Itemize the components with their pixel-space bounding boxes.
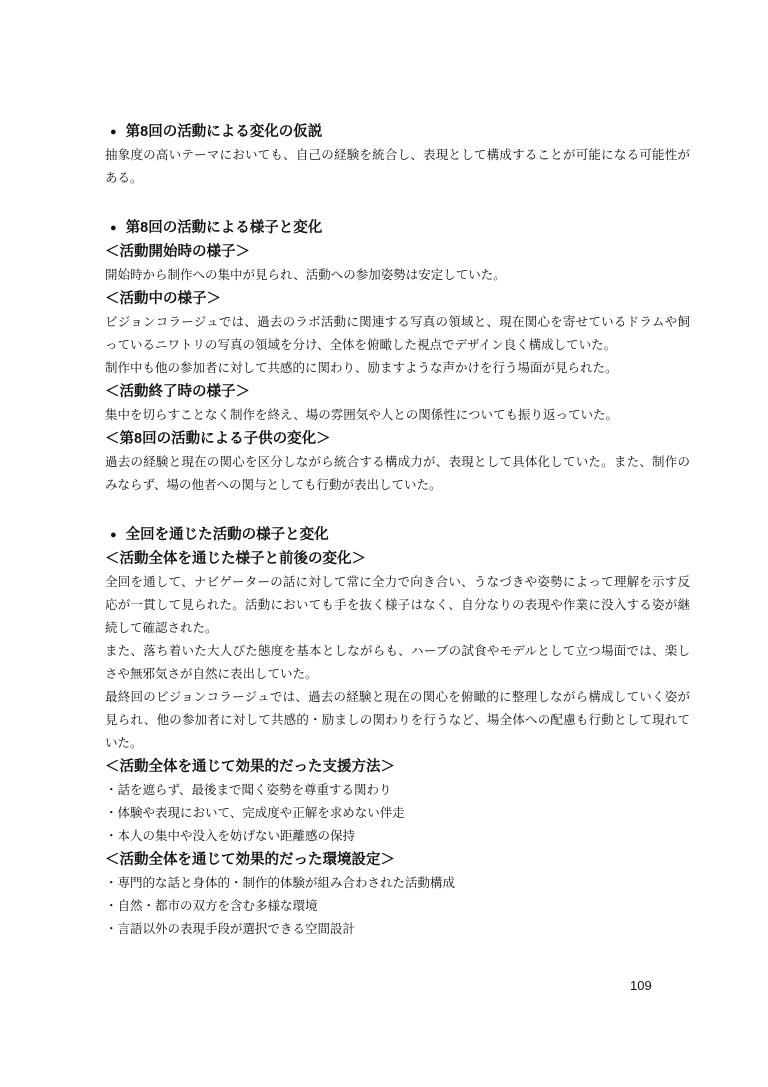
page-number: 109 [630, 977, 652, 995]
section-heading-text: 第8回の活動による変化の仮説 [126, 124, 323, 140]
list-item: ・話を遮らず、最後まで聞く姿勢を尊重する関わり [105, 779, 690, 802]
subsection-heading: ＜第8回の活動による子供の変化＞ [105, 427, 690, 451]
paragraph: 過去の経験と現在の関心を区分しながら統合する構成力が、表現として具体化していた。… [105, 451, 690, 497]
subsection-heading: ＜活動全体を通じた様子と前後の変化＞ [105, 547, 690, 571]
paragraph: 集中を切らすことなく制作を終え、場の雰囲気や人との関係性についても振り返っていた… [105, 404, 690, 427]
list-item: ・自然・都市の双方を含む多様な環境 [105, 895, 690, 918]
section-session8-hypothesis: ●第8回の活動による変化の仮説 抽象度の高いテーマにおいても、自己の経験を統合し… [105, 120, 690, 190]
bullet-icon: ● [110, 523, 117, 547]
document-page: ●第8回の活動による変化の仮説 抽象度の高いテーマにおいても、自己の経験を統合し… [0, 0, 768, 1087]
subsection-heading: ＜活動中の様子＞ [105, 287, 690, 311]
paragraph: 制作中も他の参加者に対して共感的に関わり、励ますような声かけを行う場面が見られた… [105, 357, 690, 380]
section-session8-observations: ●第8回の活動による様子と変化 ＜活動開始時の様子＞ 開始時から制作への集中が見… [105, 216, 690, 497]
paragraph: 最終回のビジョンコラージュでは、過去の経験と現在の関心を俯瞰的に整理しながら構成… [105, 686, 690, 755]
section-heading: ●第8回の活動による変化の仮説 [105, 120, 690, 144]
section-overall-observations: ●全回を通じた活動の様子と変化 ＜活動全体を通じた様子と前後の変化＞ 全回を通し… [105, 523, 690, 941]
page-content: ●第8回の活動による変化の仮説 抽象度の高いテーマにおいても、自己の経験を統合し… [105, 120, 690, 941]
section-heading-text: 全回を通じた活動の様子と変化 [126, 527, 329, 543]
section-heading-text: 第8回の活動による様子と変化 [126, 220, 323, 236]
subsection-heading: ＜活動開始時の様子＞ [105, 240, 690, 264]
paragraph: 全回を通して、ナビゲーターの話に対して常に全力で向き合い、うなづきや姿勢によって… [105, 571, 690, 640]
section-heading: ●第8回の活動による様子と変化 [105, 216, 690, 240]
paragraph: また、落ち着いた大人びた態度を基本としながらも、ハーブの試食やモデルとして立つ場… [105, 640, 690, 686]
list-item: ・本人の集中や没入を妨げない距離感の保持 [105, 825, 690, 848]
paragraph: ビジョンコラージュでは、過去のラボ活動に関連する写真の領域と、現在関心を寄せてい… [105, 311, 690, 357]
list-item: ・体験や表現において、完成度や正解を求めない伴走 [105, 802, 690, 825]
list-item: ・専門的な話と身体的・制作的体験が組み合わされた活動構成 [105, 872, 690, 895]
bullet-icon: ● [110, 216, 117, 240]
subsection-heading: ＜活動終了時の様子＞ [105, 380, 690, 404]
bullet-icon: ● [110, 120, 117, 144]
paragraph: 開始時から制作への集中が見られ、活動への参加姿勢は安定していた。 [105, 264, 690, 287]
list-item: ・言語以外の表現手段が選択できる空間設計 [105, 918, 690, 941]
section-heading: ●全回を通じた活動の様子と変化 [105, 523, 690, 547]
subsection-heading: ＜活動全体を通じて効果的だった環境設定＞ [105, 848, 690, 872]
paragraph: 抽象度の高いテーマにおいても、自己の経験を統合し、表現として構成することが可能に… [105, 144, 690, 190]
subsection-heading: ＜活動全体を通じて効果的だった支援方法＞ [105, 755, 690, 779]
